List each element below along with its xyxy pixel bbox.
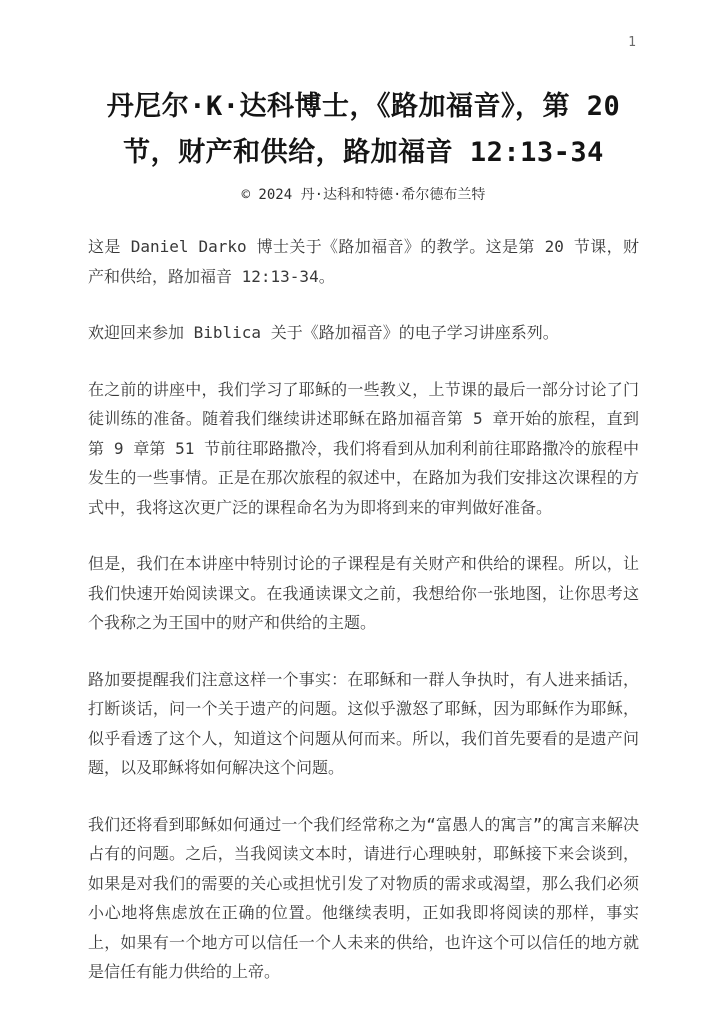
copyright-line: © 2024 丹·达科和特德·希尔德布兰特	[88, 185, 639, 205]
paragraph-sub-course: 但是，我们在本讲座中特别讨论的子课程是有关财产和供给的课程。所以，让我们快速开始…	[88, 549, 639, 638]
paragraph-intro: 这是 Daniel Darko 博士关于《路加福音》的教学。这是第 20 节课，…	[88, 232, 639, 291]
page-number: 1	[628, 36, 636, 49]
title-line-2: 节，财产和供给，路加福音 12:13-34	[88, 130, 639, 176]
paragraph-inheritance: 路加要提醒我们注意这样一个事实：在耶稣和一群人争执时，有人进来插话，打断谈话，问…	[88, 665, 639, 783]
paragraph-previous-lecture: 在之前的讲座中，我们学习了耶稣的一些教义，上节课的最后一部分讨论了门徒训练的准备…	[88, 375, 639, 523]
page-content: 丹尼尔·K·达科博士，《路加福音》，第 20 节，财产和供给，路加福音 12:1…	[0, 0, 724, 987]
paragraph-parable: 我们还将看到耶稣如何通过一个我们经常称之为“富愚人的寓言”的寓言来解决占有的问题…	[88, 810, 639, 987]
title-line-1: 丹尼尔·K·达科博士，《路加福音》，第 20	[88, 84, 639, 130]
paragraph-welcome: 欢迎回来参加 Biblica 关于《路加福音》的电子学习讲座系列。	[88, 318, 639, 348]
document-page: 1 丹尼尔·K·达科博士，《路加福音》，第 20 节，财产和供给，路加福音 12…	[0, 0, 724, 1024]
document-title: 丹尼尔·K·达科博士，《路加福音》，第 20 节，财产和供给，路加福音 12:1…	[88, 84, 639, 176]
body-text: 这是 Daniel Darko 博士关于《路加福音》的教学。这是第 20 节课，…	[88, 232, 639, 987]
